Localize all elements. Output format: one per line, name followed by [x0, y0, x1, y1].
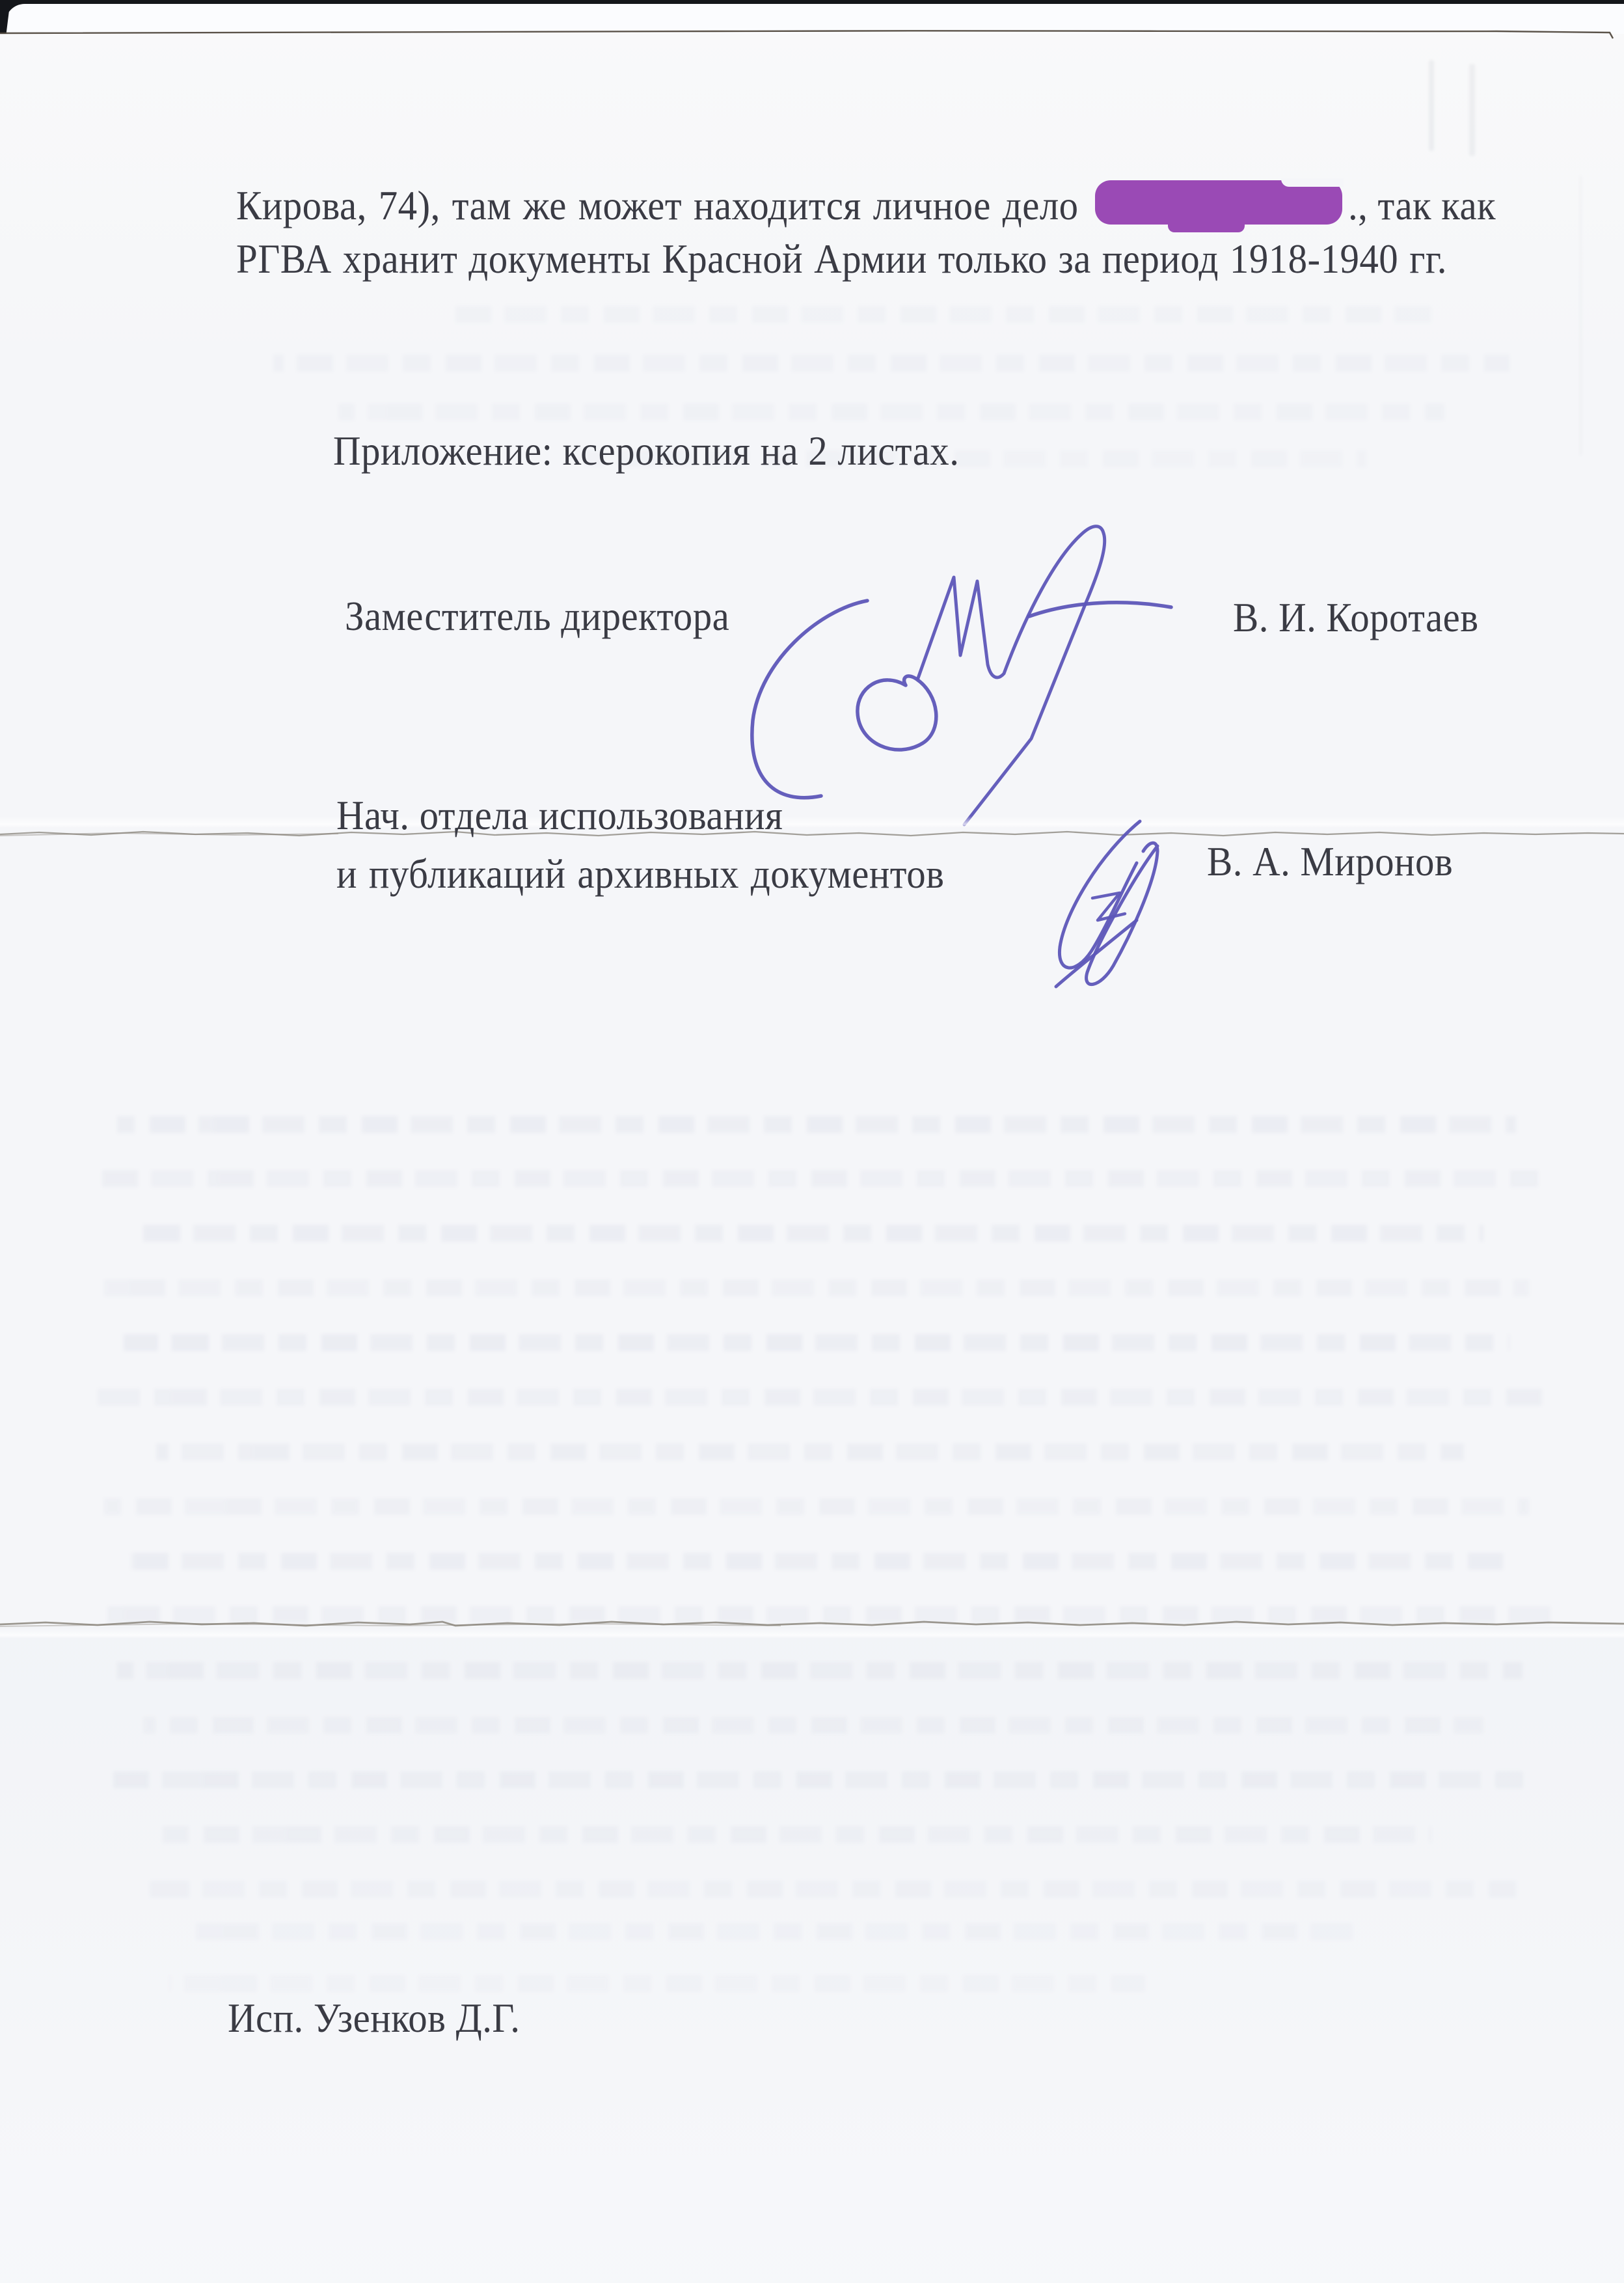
bleed-through-row [143, 1225, 1483, 1242]
attachment-note-text: Приложение: ксерокопия на 2 листах. [333, 428, 959, 474]
bleed-through-row [455, 306, 1431, 323]
body-line-1-before-text: Кирова, 74), там же может находится личн… [236, 182, 1079, 229]
scan-smudge [1469, 64, 1475, 156]
bleed-through-row [143, 1717, 1483, 1734]
bleed-through-row [130, 1553, 1503, 1570]
executor-note: Исп. Узенков Д.Г. [228, 1995, 546, 2042]
bleed-through-row [98, 1389, 1555, 1406]
signatory2-title-line2-text: и публикаций архивных документов [336, 851, 944, 897]
signatory2-name-text: В. А. Миронов [1207, 838, 1453, 885]
bleed-through-row [163, 1826, 1431, 1843]
body-line-1-after-text: ., так как [1348, 182, 1496, 229]
bleed-through-row [169, 1975, 1145, 1992]
scan-smudge [1429, 60, 1434, 151]
attachment-note: Приложение: ксерокопия на 2 листах. [333, 428, 1014, 474]
signatory1-title-text: Заместитель директора [345, 593, 729, 640]
bleed-through-row [273, 355, 1509, 372]
scanned-letter-page: Кирова, 74), там же может находится личн… [0, 0, 1624, 2283]
body-line-2-text: РГВА хранит документы Красной Армии толь… [236, 236, 1447, 282]
body-line-1-before: Кирова, 74), там же может находится личн… [236, 182, 1152, 229]
bleed-through-row [117, 1662, 1522, 1679]
bleed-through-row [150, 1881, 1516, 1898]
signatory2-title-line1: Нач. отдела использования [336, 792, 822, 839]
signatory2-name: В. А. Миронов [1207, 838, 1474, 885]
signatory1-name-text: В. И. Коротаев [1233, 594, 1479, 641]
bleed-through-row [156, 1443, 1464, 1460]
mironov-signature [1038, 812, 1194, 1001]
bleed-through-row [98, 1170, 1549, 1187]
signatory1-name: В. И. Коротаев [1233, 594, 1500, 641]
fold-highlight-lower [0, 1627, 1624, 1639]
scan-scratch [1580, 176, 1582, 456]
bleed-through-row [124, 1334, 1509, 1351]
bleed-through-row [117, 1116, 1516, 1133]
bleed-through-row [104, 1279, 1529, 1296]
signatory2-title-line2: и публикаций архивных документов [336, 851, 997, 897]
redaction-block [1095, 180, 1342, 225]
signatory2-title-line1-text: Нач. отдела использования [336, 792, 783, 839]
executor-note-text: Исп. Узенков Д.Г. [228, 1995, 520, 2042]
paper-top-edge [0, 27, 1624, 42]
body-line-2: РГВА хранит документы Красной Армии толь… [236, 236, 1552, 282]
bleed-through-row [338, 403, 1444, 420]
bleed-through-row [195, 1923, 1366, 1940]
bleed-through-row [104, 1498, 1529, 1515]
bleed-through-row [104, 1771, 1529, 1788]
signatory1-title: Заместитель директора [345, 593, 763, 640]
body-line-1-after: ., так как [1348, 182, 1509, 229]
